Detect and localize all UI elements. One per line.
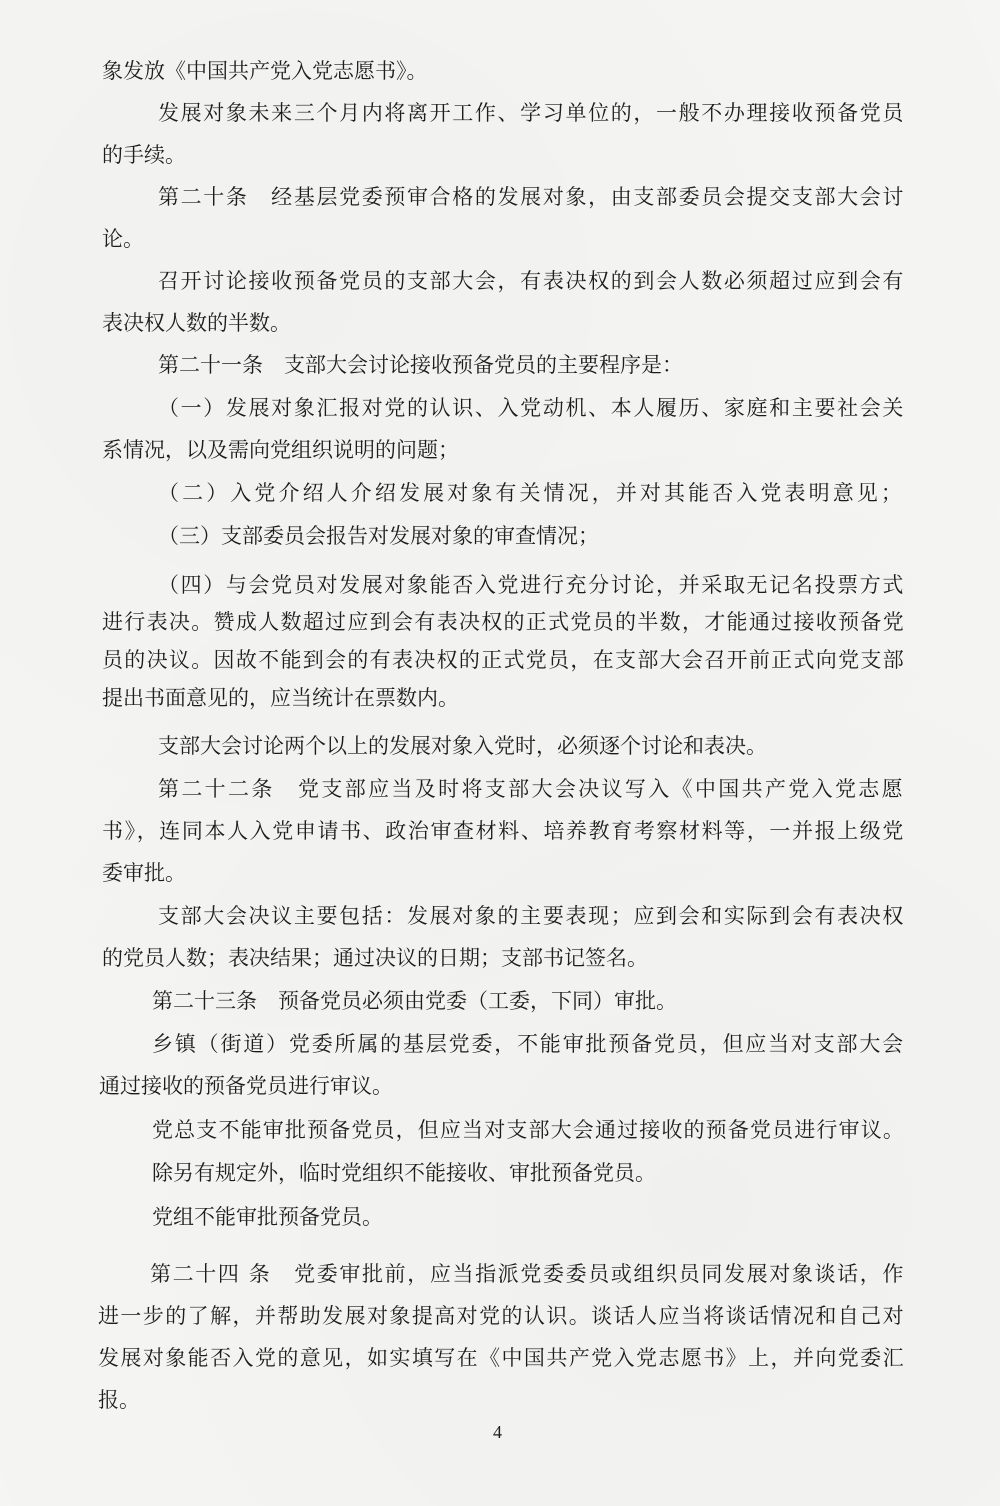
text-line: 象发放《中国共产党入党志愿书》。 <box>102 58 428 84</box>
document-page: 象发放《中国共产党入党志愿书》。发展对象未来三个月内将离开工作、学习单位的，一般… <box>0 0 1000 1506</box>
text-line: 员的决议。因故不能到会的有表决权的正式党员，在支部大会召开前正式向党支部 <box>102 647 905 673</box>
text-line: 论。 <box>102 226 144 252</box>
text-line: 支部大会讨论两个以上的发展对象入党时，必须逐个讨论和表决。 <box>158 733 767 759</box>
text-line: 表决权人数的半数。 <box>102 310 291 336</box>
text-line: 第二十四 条 党委审批前，应当指派党委委员或组织员同发展对象谈话，作 <box>150 1261 905 1287</box>
text-line: 的手续。 <box>102 142 186 168</box>
text-line: 召开讨论接收预备党员的支部大会，有表决权的到会人数必须超过应到会有 <box>158 268 905 294</box>
text-line: 除另有规定外，临时党组织不能接收、审批预备党员。 <box>152 1160 656 1186</box>
text-line: 第二十一条 支部大会讨论接收预备党员的主要程序是： <box>158 352 683 378</box>
text-line: 发展对象能否入党的意见，如实填写在《中国共产党入党志愿书》上，并向党委汇 <box>98 1345 905 1371</box>
text-line: 提出书面意见的，应当统计在票数内。 <box>102 685 459 711</box>
text-line: 的党员人数；表决结果；通过决议的日期；支部书记签名。 <box>102 945 648 971</box>
text-line: 通过接收的预备党员进行审议。 <box>99 1073 393 1099</box>
text-line: 进一步的了解，并帮助发展对象提高对党的认识。谈话人应当将谈话情况和自己对 <box>98 1303 905 1329</box>
text-line: 第二十二条 党支部应当及时将支部大会决议写入《中国共产党入党志愿 <box>158 776 905 802</box>
text-line: 报。 <box>98 1387 140 1413</box>
page-number: 4 <box>493 1422 502 1443</box>
text-line: 第二十条 经基层党委预审合格的发展对象，由支部委员会提交支部大会讨 <box>158 184 905 210</box>
text-line: 系情况，以及需向党组织说明的问题； <box>102 437 459 463</box>
text-line: 进行表决。赞成人数超过应到会有表决权的正式党员的半数，才能通过接收预备党 <box>102 609 905 635</box>
text-line: 党总支不能审批预备党员，但应当对支部大会通过接收的预备党员进行审议。 <box>152 1117 905 1143</box>
text-line: 书》，连同本人入党申请书、政治审查材料、培养教育考察材料等，一并报上级党 <box>102 818 905 844</box>
text-line: （一）发展对象汇报对党的认识、入党动机、本人履历、家庭和主要社会关 <box>158 395 905 421</box>
text-line: 支部大会决议主要包括：发展对象的主要表现；应到会和实际到会有表决权 <box>158 903 905 929</box>
text-line: （三）支部委员会报告对发展对象的审查情况； <box>158 523 599 549</box>
text-line: 乡镇（街道）党委所属的基层党委，不能审批预备党员，但应当对支部大会 <box>152 1031 905 1057</box>
text-line: （四）与会党员对发展对象能否入党进行充分讨论，并采取无记名投票方式 <box>158 572 905 598</box>
text-line: 党组不能审批预备党员。 <box>152 1204 383 1230</box>
text-line: （二）入党介绍人介绍发展对象有关情况，并对其能否入党表明意见； <box>158 480 905 506</box>
text-line: 委审批。 <box>102 860 186 886</box>
text-line: 第二十三条 预备党员必须由党委（工委，下同）审批。 <box>152 988 677 1014</box>
text-line: 发展对象未来三个月内将离开工作、学习单位的，一般不办理接收预备党员 <box>158 100 905 126</box>
